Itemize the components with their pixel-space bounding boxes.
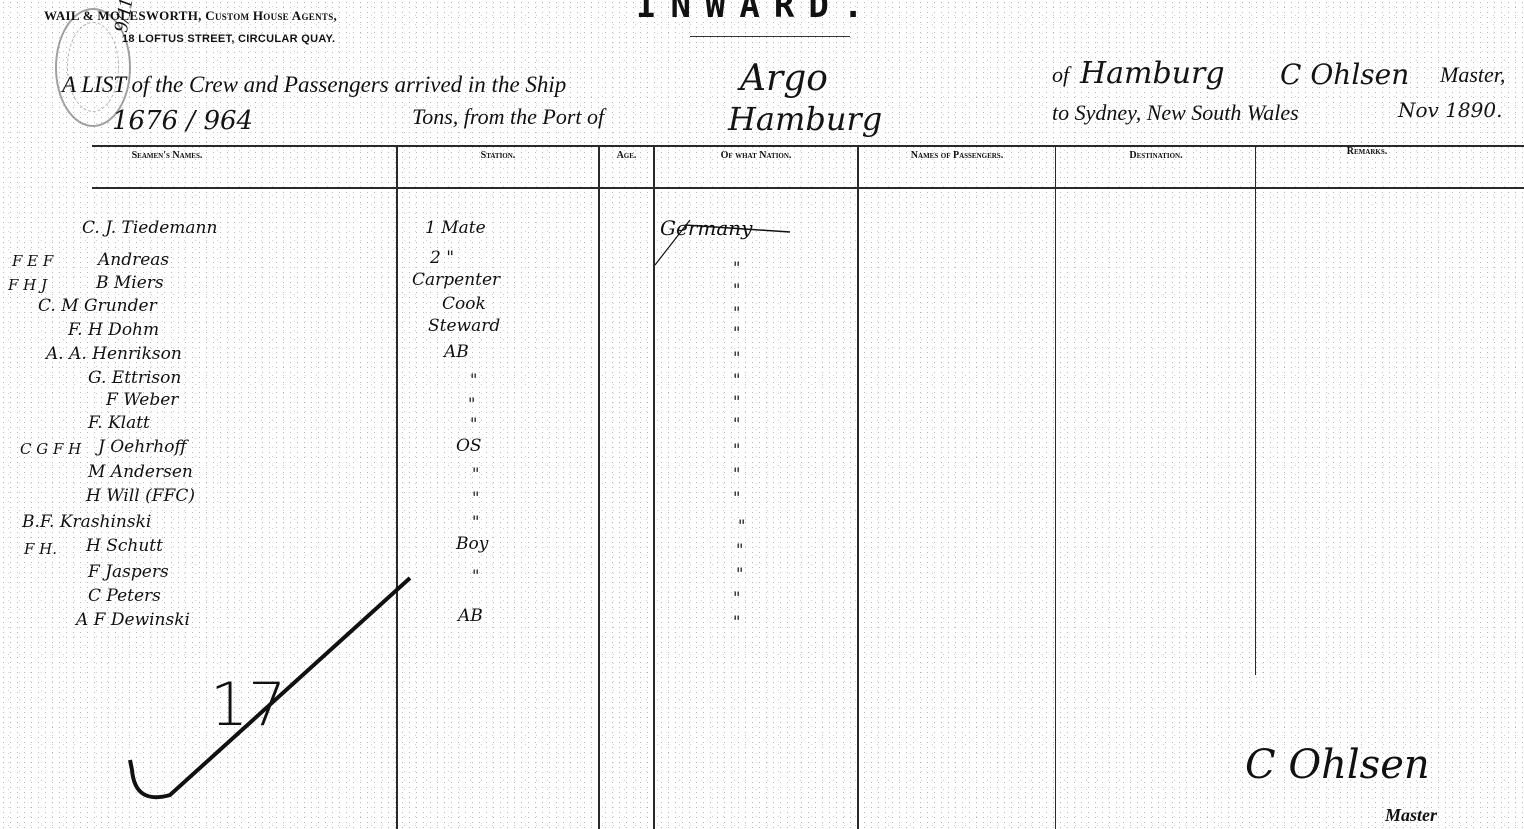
crew-total-mark: 17: [210, 670, 286, 740]
master-signature-title: Master: [1385, 805, 1437, 826]
master-signature: C Ohlsen: [1245, 742, 1430, 788]
